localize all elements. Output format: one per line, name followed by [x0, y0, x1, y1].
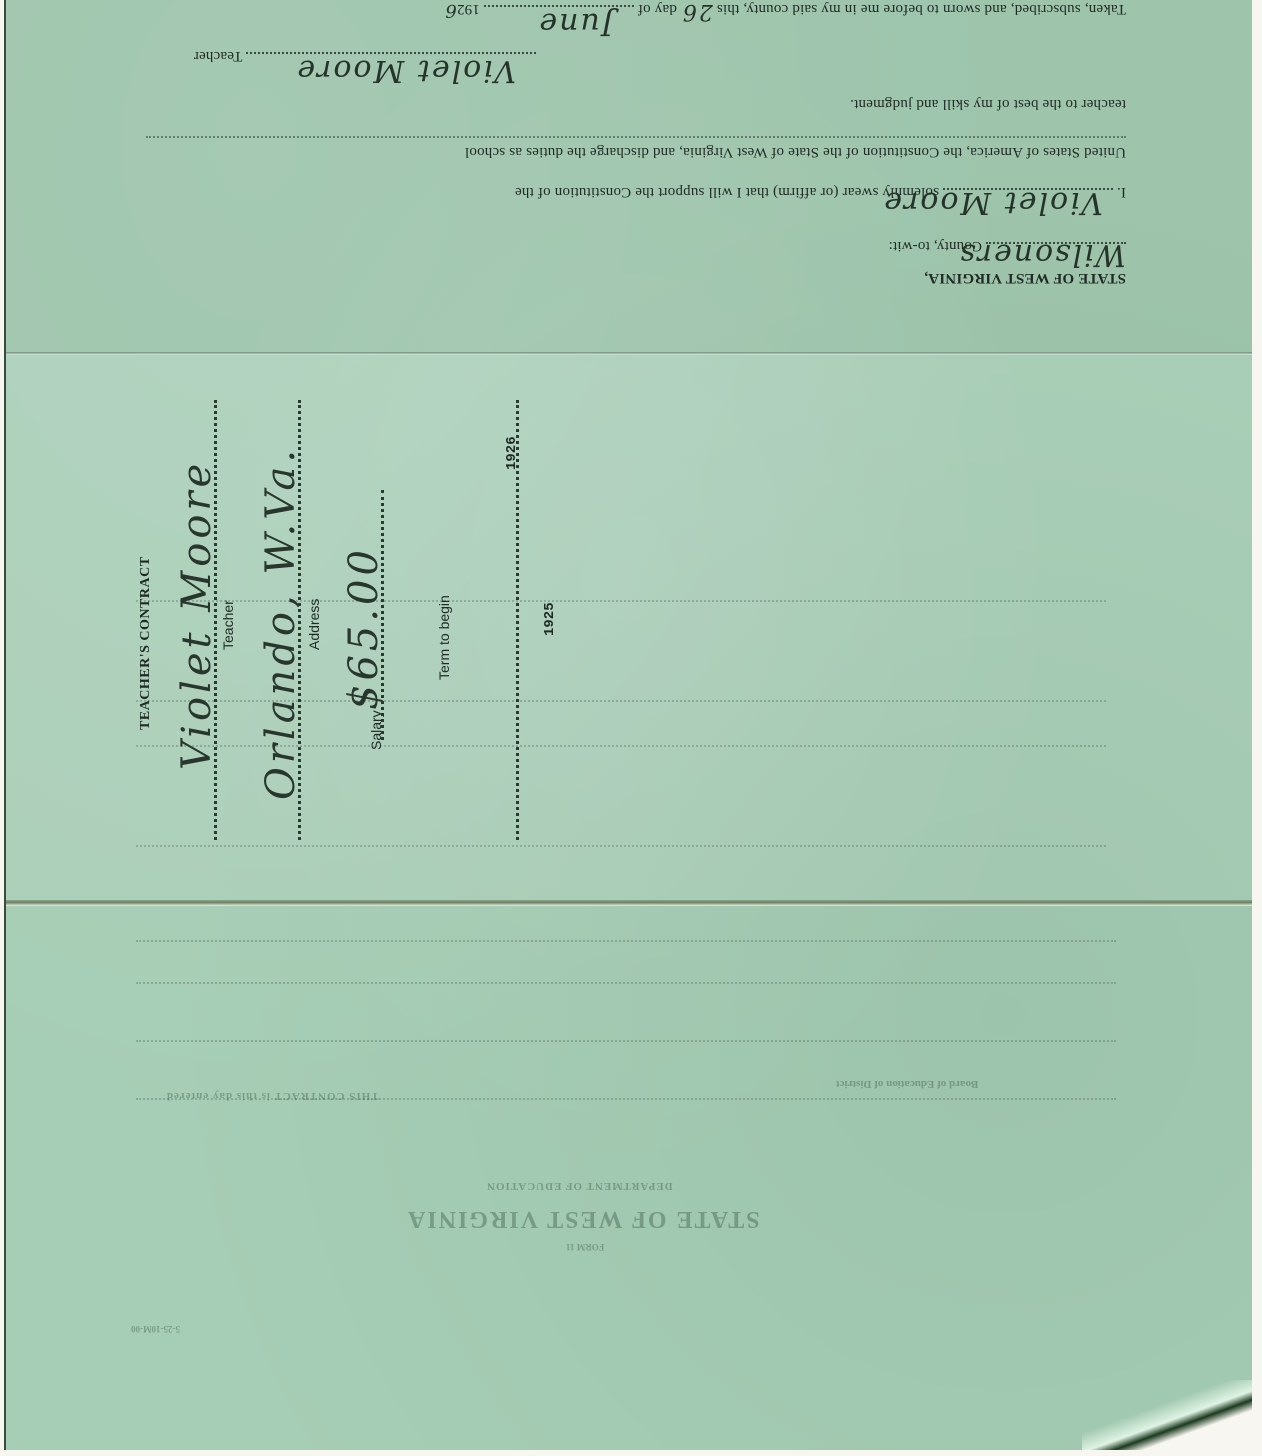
sworn-month: June — [537, 6, 613, 41]
ghost-rule — [136, 845, 1106, 847]
signature-label: Teacher — [194, 48, 243, 64]
salary-handwritten: $65.00 — [341, 546, 387, 710]
cover-form-label: FORM 11 — [566, 1242, 604, 1252]
oath-ruled-dots — [146, 136, 1126, 138]
teacher-name-handwritten: Violet Moore — [174, 460, 220, 770]
ghost-rule — [136, 1040, 1116, 1042]
county-handwritten: Wilsoners — [958, 237, 1126, 272]
oath-name-field: Violet Moore — [943, 188, 1113, 190]
term-year: 1926 — [504, 436, 520, 470]
cover-panel — [6, 904, 1252, 1450]
oath-name-handwritten: Violet Moore — [882, 185, 1103, 220]
sworn-text: Taken, subscribed, and sworn to before m… — [717, 1, 1126, 17]
stamp-year: 1925 — [542, 602, 558, 636]
oath-line-2: United States of America, the Constituti… — [465, 143, 1126, 160]
term-year-suffix: 6 — [504, 436, 520, 444]
sworn-line: Taken, subscribed, and sworn to before m… — [443, 0, 1126, 24]
signature-field: Violet Moore — [246, 52, 536, 54]
cover-footer-code: 5-25-10M-00 — [131, 1324, 180, 1334]
cover-contract-line: THIS CONTRACT is this day entered — [166, 1090, 379, 1102]
county-field: Wilsoners — [986, 242, 1126, 244]
sworn-year-suffix: 6 — [443, 0, 456, 21]
ghost-rule — [136, 982, 1116, 984]
oath-line-1: I. Violet Moore solemnly swear (or affir… — [515, 183, 1126, 200]
oath-section: STATE OF WEST VIRGINIA, Wilsoners County… — [126, 0, 1126, 300]
cover-department: DEPARTMENT OF EDUCATION — [486, 1180, 673, 1192]
fold-crease-lower — [6, 900, 1252, 906]
salary-label: Salary — [368, 710, 384, 750]
term-label: Term to begin — [436, 595, 452, 680]
address-handwritten: Orlando, W.Va. — [258, 446, 304, 800]
teacher-signature: Violet Moore — [295, 53, 516, 88]
contract-title: TEACHER'S CONTRACT — [138, 556, 154, 730]
oath-prefix: I. — [1117, 184, 1126, 200]
signature-line: Violet Moore Teacher — [194, 47, 536, 64]
address-label: Address — [306, 599, 322, 650]
sworn-year-prefix: 192 — [457, 1, 480, 17]
sworn-month-field: June — [484, 5, 634, 7]
cover-board-label: Board of Education of District — [836, 1078, 978, 1090]
curled-corner — [1082, 1380, 1252, 1450]
term-year-prefix: 192 — [504, 445, 520, 470]
sworn-day: 26 — [681, 0, 713, 24]
sworn-day-suffix: day of — [638, 1, 677, 17]
cover-state-title: STATE OF WEST VIRGINIA — [406, 1205, 760, 1232]
oath-text-1: solemnly swear (or affirm) that I will s… — [515, 184, 939, 200]
teacher-label: Teacher — [220, 600, 236, 650]
oath-line-3: teacher to the best of my skill and judg… — [850, 95, 1126, 112]
document-paper: STATE OF WEST VIRGINIA, Wilsoners County… — [4, 0, 1252, 1450]
fold-crease-upper — [6, 352, 1252, 355]
teachers-contract-column: TEACHER'S CONTRACT Violet Moore Teacher … — [136, 380, 566, 840]
county-line: Wilsoners County, to-wit: — [888, 237, 1126, 254]
ghost-rule — [136, 940, 1116, 942]
